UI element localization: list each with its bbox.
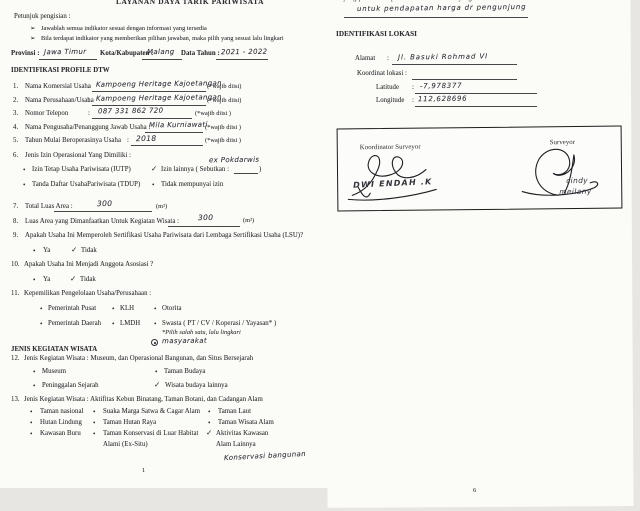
signature-box: Koordinator Surveyor Surveyor DWI ENDAH … xyxy=(337,126,623,212)
profile-section-header: IDENTIFIKASI PROFILE DTW xyxy=(11,67,110,74)
bullet-icon: • xyxy=(23,166,26,174)
q1-label: Nama Komersial Usaha xyxy=(25,83,91,90)
surveyor-name-line2: meilany xyxy=(559,187,592,197)
q11-option-lmdh: LMDH xyxy=(120,320,140,327)
q6-izin-lainnya-close: ) xyxy=(259,166,261,173)
q5-number: 5. xyxy=(13,137,18,144)
q2-value: Kampoeng Heritage Kajoetangan xyxy=(96,93,222,103)
q6-number: 6. xyxy=(13,152,18,159)
q6-option-tdup: Tanda Daftar UsahaPariwisata (TDUP) xyxy=(32,181,140,188)
q13-option-taman-laut: Taman Laut xyxy=(218,408,251,415)
bullet-icon: • xyxy=(208,419,211,427)
q5-colon: : xyxy=(127,137,129,144)
q8-value: 300 xyxy=(198,213,213,222)
longitude-underline xyxy=(415,106,537,107)
q11-label: Kepemilikan Pengelolaan Usaha/Perusahaan… xyxy=(24,290,151,297)
top-question-label: hal yang perlu disampaikan terkait data/… xyxy=(333,0,506,2)
bullet-icon: • xyxy=(155,368,158,376)
q10-label: Apakah Usaha Ini Menjadi Anggota Asosias… xyxy=(24,261,153,268)
bullet-icon: • xyxy=(23,181,26,189)
q6-option-iutp: Izin Tetap Usaha Pariwisata (IUTP) xyxy=(32,166,131,173)
bullet-icon: • xyxy=(93,430,96,438)
q7-value: 300 xyxy=(97,199,112,208)
q11-option-swasta: Swasta ( PT / CV / Koperasi / Yayasan* ) xyxy=(162,320,276,327)
longitude-label: Longitude xyxy=(376,97,404,104)
kota-value: Malang xyxy=(147,48,175,56)
provinsi-label: Provinsi : xyxy=(11,50,40,57)
q12-option-taman-budaya: Taman Budaya xyxy=(164,368,205,375)
q3-value: 087 331 862 720 xyxy=(98,107,163,116)
q13-option-taman-wisata-alam: Taman Wisata Alam xyxy=(218,419,274,426)
q11-option-pemerintah-daerah: Pemerintah Daerah xyxy=(48,320,101,327)
q3-label: Nomor Telepon xyxy=(25,110,68,117)
checkmark-icon: ✓ xyxy=(154,380,160,389)
q1-number: 1. xyxy=(13,83,18,90)
q11-option-otorita: Otorita xyxy=(162,305,182,312)
surveyor-name-line1: cindy xyxy=(566,176,588,185)
q4-required-note: (*wajib diisi ) xyxy=(205,124,241,131)
q8-number: 8. xyxy=(13,218,18,225)
q3-number: 3. xyxy=(13,110,18,117)
tahun-label: Data Tahun : xyxy=(181,50,220,57)
checkmark-icon: ✓ xyxy=(71,245,77,254)
bullet-icon: • xyxy=(112,305,115,313)
bullet-icon: • xyxy=(33,382,36,390)
q13-option-taman-nasional: Taman nasional xyxy=(40,408,83,415)
kota-underline xyxy=(142,59,182,60)
q8-unit: (m²) xyxy=(243,217,254,224)
q7-underline xyxy=(54,211,152,212)
q7-unit: (m²) xyxy=(156,203,167,210)
q13-option-taman-konservasi-line1: Taman Konservasi di Luar Habitat xyxy=(103,430,199,437)
q11-option-pemerintah-pusat: Pemerintah Pusat xyxy=(48,305,96,312)
q10-option-ya: Ya xyxy=(43,276,50,283)
q12-number: 12. xyxy=(11,355,20,362)
bullet-icon: • xyxy=(33,368,36,376)
q12-option-wisata-budaya-lainnya: Wisata budaya lainnya xyxy=(165,382,228,389)
circled-dot-icon xyxy=(151,339,158,346)
q9-number: 9. xyxy=(13,232,18,239)
bullet-icon: • xyxy=(30,419,33,427)
bullet-icon: • xyxy=(33,247,36,255)
q2-colon: : xyxy=(88,97,90,104)
q1-colon: : xyxy=(88,83,90,90)
q2-required-note: (*wajib diisi) xyxy=(207,97,241,104)
q13-number: 13. xyxy=(11,396,20,403)
alamat-underline xyxy=(392,64,517,65)
koordinat-label: Koordinat lokasi : xyxy=(357,70,407,77)
bullet-icon: • xyxy=(112,320,115,328)
top-answer-underline xyxy=(344,17,528,18)
bullet-icon: • xyxy=(154,320,157,328)
q13-option-hutan-lindung: Hutan Lindung xyxy=(40,419,82,426)
instructions-label: Petunjuk pengisian : xyxy=(14,13,71,20)
q13-option-suaka-marga-satwa: Suaka Marga Satwa & Cagar Alam xyxy=(103,408,200,415)
bullet-icon: • xyxy=(30,408,33,416)
page-number-right: 6 xyxy=(473,487,476,494)
longitude-colon: : xyxy=(412,97,414,104)
q5-underline xyxy=(131,145,203,146)
alamat-value: Jl. Basuki Rohmad VI xyxy=(398,52,488,61)
q1-value: Kampoeng Heritage Kajoetangan xyxy=(96,79,222,89)
kota-label: Kota/Kabupaten : xyxy=(100,50,153,57)
latitude-label: Latitude xyxy=(376,84,399,91)
q5-required-note: (*wajib diisi ) xyxy=(205,137,241,144)
bullet-icon: • xyxy=(93,419,96,427)
provinsi-underline xyxy=(39,59,97,60)
q9-option-tidak: Tidak xyxy=(81,247,97,254)
latitude-colon: : xyxy=(412,84,414,91)
provinsi-value: Jawa Timur xyxy=(44,48,87,57)
lokasi-section-header: IDENTIFIKASI LOKASI xyxy=(336,30,417,38)
q8-underline xyxy=(168,226,240,227)
instruction-item: Jawablah semua indikator sesuai dengan i… xyxy=(41,25,207,32)
tahun-value: 2021 - 2022 xyxy=(221,48,268,57)
alamat-colon: : xyxy=(387,55,389,62)
arrow-bullet-icon: ➢ xyxy=(30,25,35,32)
q10-option-tidak: Tidak xyxy=(80,276,96,283)
q13-option-kawasan-buru: Kawasan Buru xyxy=(40,430,81,437)
bullet-icon: • xyxy=(93,408,96,416)
q11-circle-note: *Pilih salah satu, lalu lingkari xyxy=(162,329,241,336)
q11-number: 11. xyxy=(11,290,19,297)
form-title: LAYANAN DAYA TARIK PARIWISATA xyxy=(55,0,325,6)
q12-label: Jenis Kegiatan Wisata : Museum, dan Oper… xyxy=(24,355,253,362)
instruction-item: Bila terdapat indikator yang memberikan … xyxy=(41,35,284,42)
bullet-icon: • xyxy=(154,305,157,313)
q3-colon: : xyxy=(88,110,90,117)
q13-label: Jenis Kegiatan Wisata : Aktifitas Kebun … xyxy=(24,396,263,403)
checkmark-icon: ✓ xyxy=(151,164,157,173)
scanned-form: LAYANAN DAYA TARIK PARIWISATA Petunjuk p… xyxy=(0,0,640,511)
koordinat-underline xyxy=(412,79,517,80)
bullet-icon: • xyxy=(152,181,155,189)
q7-label: Total Luas Area : xyxy=(25,203,73,210)
q5-label: Tahun Mulai Beroperasinya Usaha xyxy=(25,137,121,144)
q10-number: 10. xyxy=(11,261,20,268)
checkmark-icon: ✓ xyxy=(206,428,212,437)
q4-label: Nama Pengusaha/Penanggung Jawab Usaha : xyxy=(25,124,150,131)
q11-handwritten-answer: masyarakat xyxy=(162,337,207,346)
q8-label: Luas Area yang Dimanfaatkan Untuk Kegiat… xyxy=(25,218,179,225)
latitude-underline xyxy=(415,93,537,94)
q6-label: Jenis Izin Operasional Yang Dimiliki : xyxy=(25,152,131,159)
bullet-icon: • xyxy=(40,320,43,328)
q5-value: 2018 xyxy=(136,134,157,143)
q12-option-peninggalan-sejarah: Peninggalan Sejarah xyxy=(42,382,99,389)
latitude-value: -7,978377 xyxy=(420,82,462,91)
q13-option-taman-hutan-raya: Taman Hutan Raya xyxy=(103,419,156,426)
q13-option-kawasan-alam-line2: Alam Lainnya xyxy=(216,441,256,448)
q4-underline xyxy=(145,132,203,133)
q12-option-museum: Museum xyxy=(42,368,66,375)
longitude-value: 112,628696 xyxy=(418,95,467,104)
q13-option-kawasan-alam-line1: Aktivitas Kawasan xyxy=(216,430,268,437)
q1-required-note: (*wajib diisi) xyxy=(207,83,241,90)
alamat-label: Alamat xyxy=(355,55,375,62)
q13-option-taman-konservasi-line2: Alami (Ex-Situ) xyxy=(103,441,148,448)
q1-underline xyxy=(92,91,206,92)
q4-number: 4. xyxy=(13,124,18,131)
tahun-underline xyxy=(216,59,268,60)
q6-option-tidak-punya-izin: Tidak mempunyai izin xyxy=(161,181,223,188)
q9-option-ya: Ya xyxy=(43,247,50,254)
checkmark-icon: ✓ xyxy=(70,274,76,283)
q6-izin-lainnya-note: ex Pokdarwis xyxy=(209,156,259,165)
q3-underline xyxy=(92,118,192,119)
bullet-icon: • xyxy=(40,305,43,313)
q2-number: 2. xyxy=(13,97,18,104)
bullet-icon: • xyxy=(30,430,33,438)
q2-label: Nama Perusahaan/Usaha xyxy=(25,97,94,104)
q9-label: Apakah Usaha Ini Memperoleh Sertifikasi … xyxy=(25,232,303,239)
q6-izin-lainnya-underline xyxy=(234,173,258,174)
q6-option-izin-lainnya: Izin lainnya ( Sebutkan : xyxy=(161,166,229,173)
arrow-bullet-icon: ➢ xyxy=(30,35,35,42)
q3-required-note: (*wajib diisi ) xyxy=(195,110,231,117)
page-number-left: 1 xyxy=(142,467,145,474)
bullet-icon: • xyxy=(208,408,211,416)
bullet-icon: • xyxy=(33,276,36,284)
q4-value: Mila Kurniawati xyxy=(149,121,208,130)
q11-option-klh: KLH xyxy=(120,305,134,312)
jenis-section-header: JENIS KEGIATAN WISATA xyxy=(11,346,97,353)
q7-number: 7. xyxy=(13,203,18,210)
